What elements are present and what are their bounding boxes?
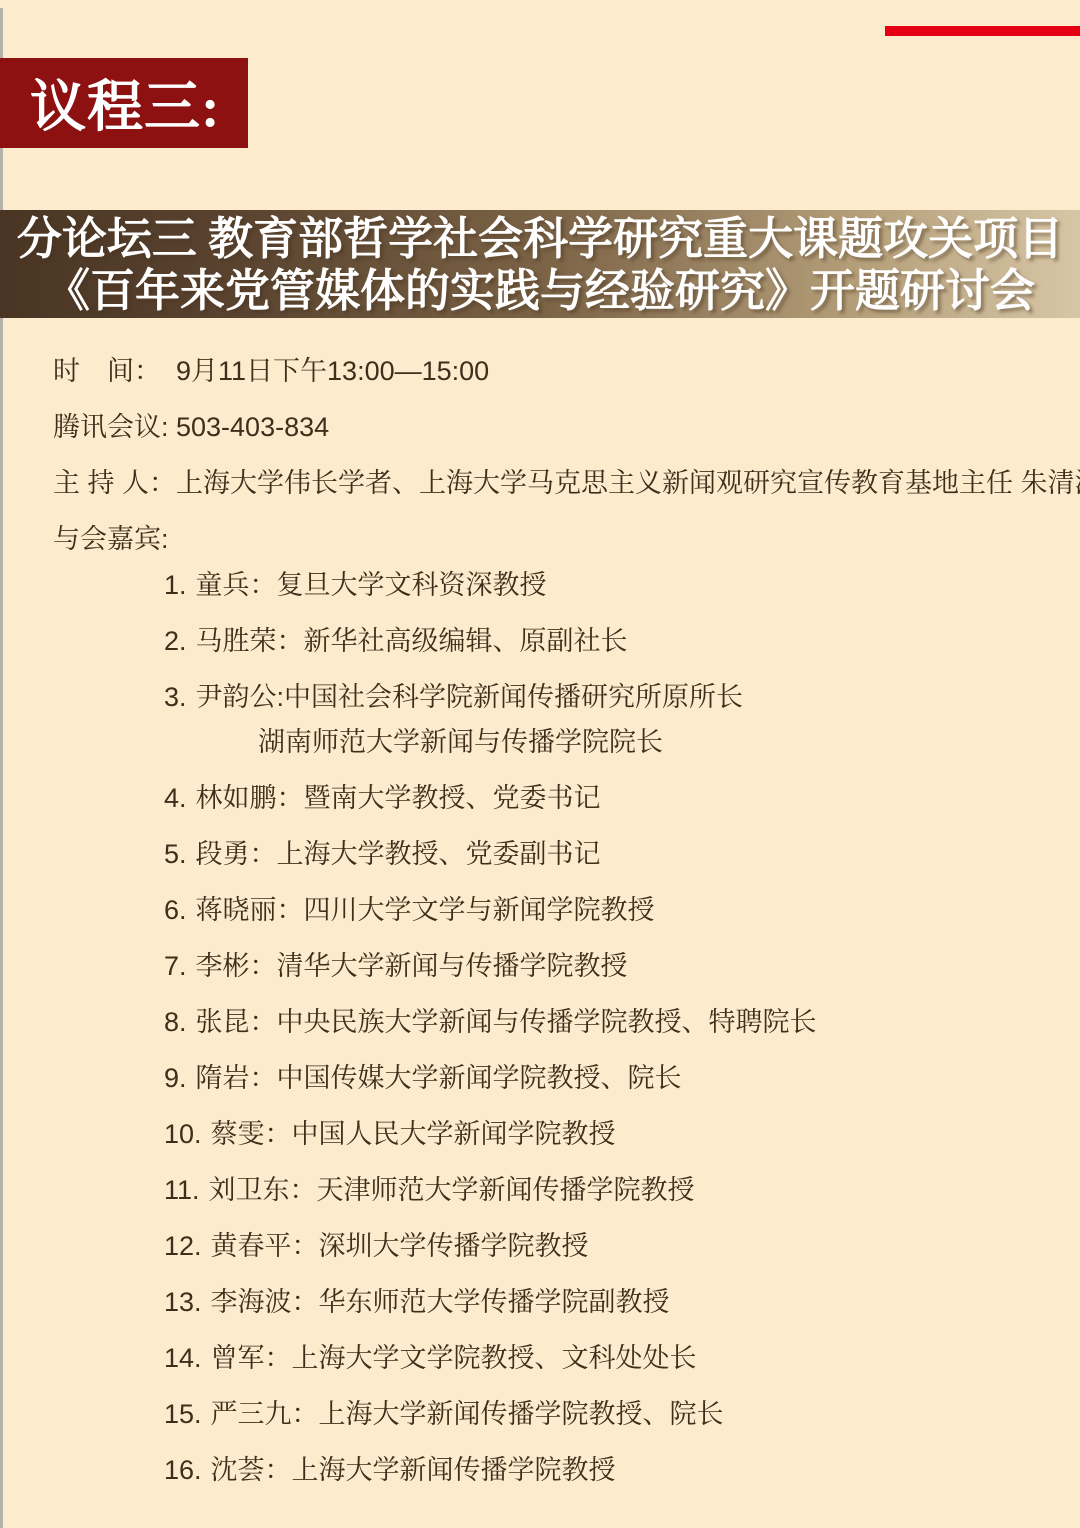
- guest-text: 张昆：中央民族大学新闻与传播学院教授、特聘院长: [196, 1007, 817, 1037]
- guest-number: 16.: [164, 1455, 202, 1485]
- guest-text: 林如鹏：暨南大学教授、党委书记: [196, 783, 601, 813]
- meeting-id-row: 腾讯会议: 503-403-834: [53, 412, 1064, 442]
- host-value: 上海大学伟长学者、上海大学马克思主义新闻观研究宣传教育基地主任 朱清河教授: [176, 468, 1080, 498]
- guest-number: 6.: [164, 895, 187, 925]
- meeting-id-label: 腾讯会议:: [53, 412, 176, 442]
- guest-text: 蔡雯：中国人民大学新闻学院教授: [211, 1119, 616, 1149]
- guest-item: 10. 蔡雯：中国人民大学新闻学院教授: [164, 1119, 1064, 1149]
- guest-text: 蒋晓丽：四川大学文学与新闻学院教授: [196, 895, 655, 925]
- forum-title-line1: 分论坛三 教育部哲学社会科学研究重大课题攻关项目: [0, 213, 1080, 265]
- forum-title-banner: 分论坛三 教育部哲学社会科学研究重大课题攻关项目 《百年来党管媒体的实践与经验研…: [0, 210, 1080, 318]
- guest-item: 6. 蒋晓丽：四川大学文学与新闻学院教授: [164, 895, 1064, 925]
- time-label: 时 间：: [53, 356, 176, 386]
- host-row: 主 持 人： 上海大学伟长学者、上海大学马克思主义新闻观研究宣传教育基地主任 朱…: [53, 468, 1064, 498]
- agenda-title: 议程三:: [30, 63, 221, 143]
- guest-text: 沈荟：上海大学新闻传播学院教授: [211, 1455, 616, 1485]
- time-row: 时 间： 9月11日下午13:00—15:00: [53, 356, 1064, 386]
- guest-item: 11. 刘卫东：天津师范大学新闻传播学院教授: [164, 1175, 1064, 1205]
- guest-number: 14.: [164, 1343, 202, 1373]
- guest-number: 9.: [164, 1063, 187, 1093]
- guest-item: 1. 童兵：复旦大学文科资深教授: [164, 570, 1064, 600]
- time-value: 9月11日下午13:00—15:00: [176, 356, 1064, 386]
- guest-text: 马胜荣：新华社高级编辑、原副社长: [196, 626, 628, 656]
- guest-text: 曾军：上海大学文学院教授、文科处处长: [211, 1343, 697, 1373]
- guest-item: 15. 严三九：上海大学新闻传播学院教授、院长: [164, 1399, 1064, 1429]
- guest-number: 13.: [164, 1287, 202, 1317]
- guest-text: 刘卫东：天津师范大学新闻传播学院教授: [209, 1175, 695, 1205]
- guest-number: 12.: [164, 1231, 202, 1261]
- guest-number: 2.: [164, 626, 187, 656]
- guest-item: 4. 林如鹏：暨南大学教授、党委书记: [164, 783, 1064, 813]
- guest-item: 9. 隋岩：中国传媒大学新闻学院教授、院长: [164, 1063, 1064, 1093]
- guest-item: 3. 尹韵公:中国社会科学院新闻传播研究所原所长 湖南师范大学新闻与传播学院院长: [164, 682, 1064, 757]
- agenda-title-block: 议程三:: [0, 58, 248, 148]
- guest-text: 李海波：华东师范大学传播学院副教授: [211, 1287, 670, 1317]
- guest-item: 16. 沈荟：上海大学新闻传播学院教授: [164, 1455, 1064, 1485]
- guest-item: 14. 曾军：上海大学文学院教授、文科处处长: [164, 1343, 1064, 1373]
- host-label: 主 持 人：: [53, 468, 176, 498]
- guest-item: 12. 黄春平：深圳大学传播学院教授: [164, 1231, 1064, 1261]
- forum-title-line2: 《百年来党管媒体的实践与经验研究》开题研讨会: [0, 265, 1080, 317]
- guest-text: 严三九：上海大学新闻传播学院教授、院长: [211, 1399, 724, 1429]
- guests-heading: 与会嘉宾:: [53, 524, 1064, 554]
- guest-text: 隋岩：中国传媒大学新闻学院教授、院长: [196, 1063, 682, 1093]
- meeting-id-value: 503-403-834: [176, 412, 1064, 442]
- guest-number: 3.: [164, 682, 187, 712]
- guest-number: 4.: [164, 783, 187, 813]
- guest-number: 1.: [164, 570, 187, 600]
- guest-item: 7. 李彬：清华大学新闻与传播学院教授: [164, 951, 1064, 981]
- guest-number: 8.: [164, 1007, 187, 1037]
- agenda-content: 时 间： 9月11日下午13:00—15:00 腾讯会议: 503-403-83…: [53, 356, 1064, 1511]
- top-right-red-bar: [885, 26, 1080, 36]
- guest-text: 黄春平：深圳大学传播学院教授: [211, 1231, 589, 1261]
- guest-text: 段勇：上海大学教授、党委副书记: [196, 839, 601, 869]
- guest-item: 8. 张昆：中央民族大学新闻与传播学院教授、特聘院长: [164, 1007, 1064, 1037]
- guest-text: 李彬：清华大学新闻与传播学院教授: [196, 951, 628, 981]
- guest-number: 10.: [164, 1119, 202, 1149]
- guest-text-continuation: 湖南师范大学新闻与传播学院院长: [164, 727, 1064, 757]
- guest-text: 尹韵公:中国社会科学院新闻传播研究所原所长: [196, 682, 744, 712]
- guest-number: 15.: [164, 1399, 202, 1429]
- guest-item: 2. 马胜荣：新华社高级编辑、原副社长: [164, 626, 1064, 656]
- guest-number: 5.: [164, 839, 187, 869]
- guest-number: 11.: [164, 1175, 200, 1205]
- guest-item: 5. 段勇：上海大学教授、党委副书记: [164, 839, 1064, 869]
- guest-number: 7.: [164, 951, 187, 981]
- guest-text: 童兵：复旦大学文科资深教授: [196, 570, 547, 600]
- guest-item: 13. 李海波：华东师范大学传播学院副教授: [164, 1287, 1064, 1317]
- guest-list: 1. 童兵：复旦大学文科资深教授 2. 马胜荣：新华社高级编辑、原副社长 3. …: [164, 570, 1064, 1485]
